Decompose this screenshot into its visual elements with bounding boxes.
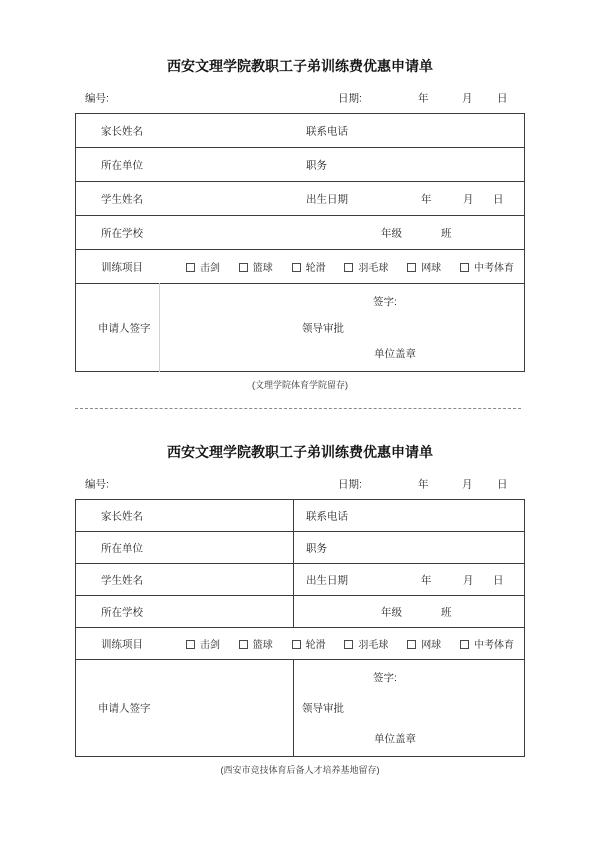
month-label: 月	[462, 477, 473, 492]
checkbox-icon[interactable]	[407, 263, 416, 272]
signature-label: 签字:	[373, 294, 397, 309]
training-option-label: 网球	[421, 263, 441, 274]
leader-approval-label: 领导审批	[302, 701, 344, 716]
training-option-fencing: 击剑	[186, 636, 220, 651]
year-label: 年	[421, 572, 432, 587]
row-student-name: 学生姓名 出生日期 年 月 日	[76, 182, 524, 216]
document-page: 西安文理学院教职工子弟训练费优惠申请单 编号: 日期: 年 月 日 家长姓名 联…	[0, 0, 600, 842]
training-option-label: 击剑	[200, 263, 220, 274]
checkbox-icon[interactable]	[407, 640, 416, 649]
form-table: 家长姓名 联系电话 所在单位 职务 学生姓名 出生日期 年 月 日 所在学校 年…	[75, 113, 525, 372]
job-title-label: 职务	[306, 540, 327, 555]
row-training-program: 训练项目 击剑 篮球 轮滑 羽毛球 网球 中考体育	[76, 250, 524, 284]
row-signatures: 申请人签字 领导审批 签字: 单位盖章	[76, 660, 524, 756]
form-table: 家长姓名 联系电话 所在单位 职务 学生姓名 出生日期 年 月 日 所在学校 年…	[75, 499, 525, 757]
form-title: 西安文理学院教职工子弟训练费优惠申请单	[75, 55, 525, 77]
dashed-cut-line	[75, 408, 521, 409]
contact-phone-label: 联系电话	[306, 508, 348, 523]
training-option-label: 篮球	[253, 263, 273, 274]
training-option-label: 羽毛球	[358, 263, 388, 274]
row-student-name: 学生姓名 出生日期 年 月 日	[76, 564, 524, 596]
grade-label: 年级	[381, 604, 402, 619]
day-label: 日	[493, 191, 504, 206]
year-label: 年	[418, 91, 429, 106]
applicant-signature-label: 申请人签字	[98, 701, 151, 716]
student-name-label: 学生姓名	[101, 572, 143, 587]
class-label: 班	[441, 604, 452, 619]
training-option-roller-skating: 轮滑	[292, 259, 326, 274]
parent-name-label: 家长姓名	[101, 508, 143, 523]
work-unit-label: 所在单位	[101, 157, 143, 172]
row-parent-name: 家长姓名 联系电话	[76, 500, 524, 532]
training-program-label: 训练项目	[101, 259, 143, 274]
training-option-tennis: 网球	[407, 259, 441, 274]
training-option-label: 中考体育	[474, 640, 514, 651]
training-option-basketball: 篮球	[239, 259, 273, 274]
checkbox-icon[interactable]	[344, 263, 353, 272]
job-title-label: 职务	[306, 157, 327, 172]
signature-label: 签字:	[373, 670, 397, 685]
checkbox-icon[interactable]	[186, 640, 195, 649]
date-label: 日期:	[338, 477, 362, 492]
training-option-pe-exam: 中考体育	[460, 636, 514, 651]
date-label: 日期:	[338, 91, 362, 106]
school-label: 所在学校	[101, 604, 143, 619]
application-form-copy-1: 西安文理学院教职工子弟训练费优惠申请单 编号: 日期: 年 月 日 家长姓名 联…	[75, 55, 525, 392]
retention-note: (文理学院体育学院留存)	[75, 378, 525, 392]
training-option-fencing: 击剑	[186, 259, 220, 274]
day-label: 日	[497, 91, 508, 106]
checkbox-icon[interactable]	[292, 263, 301, 272]
number-label: 编号:	[85, 477, 109, 492]
class-label: 班	[441, 225, 452, 240]
row-work-unit: 所在单位 职务	[76, 148, 524, 182]
row-parent-name: 家长姓名 联系电话	[76, 114, 524, 148]
work-unit-label: 所在单位	[101, 540, 143, 555]
form-meta-row: 编号: 日期: 年 月 日	[75, 475, 525, 493]
birth-date-label: 出生日期	[306, 191, 348, 206]
month-label: 月	[463, 572, 474, 587]
retention-note: (西安市竞技体育后备人才培养基地留存)	[75, 763, 525, 777]
leader-approval-label: 领导审批	[302, 320, 344, 335]
form-title: 西安文理学院教职工子弟训练费优惠申请单	[75, 441, 525, 463]
row-training-program: 训练项目 击剑 篮球 轮滑 羽毛球 网球 中考体育	[76, 628, 524, 660]
day-label: 日	[493, 572, 504, 587]
training-option-label: 网球	[421, 640, 441, 651]
unit-seal-label: 单位盖章	[374, 346, 416, 361]
row-signatures: 申请人签字 领导审批 签字: 单位盖章	[76, 284, 524, 371]
parent-name-label: 家长姓名	[101, 123, 143, 138]
training-option-basketball: 篮球	[239, 636, 273, 651]
row-school: 所在学校 年级 班	[76, 216, 524, 250]
grade-label: 年级	[381, 225, 402, 240]
training-option-tennis: 网球	[407, 636, 441, 651]
training-option-label: 羽毛球	[358, 640, 388, 651]
checkbox-icon[interactable]	[239, 640, 248, 649]
student-name-label: 学生姓名	[101, 191, 143, 206]
training-program-label: 训练项目	[101, 636, 143, 651]
checkbox-icon[interactable]	[460, 263, 469, 272]
row-school: 所在学校 年级 班	[76, 596, 524, 628]
month-label: 月	[462, 91, 473, 106]
checkbox-icon[interactable]	[186, 263, 195, 272]
checkbox-icon[interactable]	[344, 640, 353, 649]
training-option-badminton: 羽毛球	[344, 636, 388, 651]
row-work-unit: 所在单位 职务	[76, 532, 524, 564]
training-option-label: 轮滑	[306, 263, 326, 274]
training-options: 击剑 篮球 轮滑 羽毛球 网球 中考体育	[186, 628, 514, 659]
training-option-roller-skating: 轮滑	[292, 636, 326, 651]
training-option-pe-exam: 中考体育	[460, 259, 514, 274]
month-label: 月	[463, 191, 474, 206]
training-options: 击剑 篮球 轮滑 羽毛球 网球 中考体育	[186, 250, 514, 283]
training-option-badminton: 羽毛球	[344, 259, 388, 274]
unit-seal-label: 单位盖章	[374, 731, 416, 746]
birth-date-label: 出生日期	[306, 572, 348, 587]
day-label: 日	[497, 477, 508, 492]
training-option-label: 中考体育	[474, 263, 514, 274]
form-meta-row: 编号: 日期: 年 月 日	[75, 89, 525, 107]
number-label: 编号:	[85, 91, 109, 106]
application-form-copy-2: 西安文理学院教职工子弟训练费优惠申请单 编号: 日期: 年 月 日 家长姓名 联…	[75, 441, 525, 777]
checkbox-icon[interactable]	[292, 640, 301, 649]
training-option-label: 轮滑	[306, 640, 326, 651]
training-option-label: 击剑	[200, 640, 220, 651]
school-label: 所在学校	[101, 225, 143, 240]
contact-phone-label: 联系电话	[306, 123, 348, 138]
year-label: 年	[418, 477, 429, 492]
training-option-label: 篮球	[253, 640, 273, 651]
checkbox-icon[interactable]	[460, 640, 469, 649]
checkbox-icon[interactable]	[239, 263, 248, 272]
applicant-signature-label: 申请人签字	[98, 320, 151, 335]
year-label: 年	[421, 191, 432, 206]
